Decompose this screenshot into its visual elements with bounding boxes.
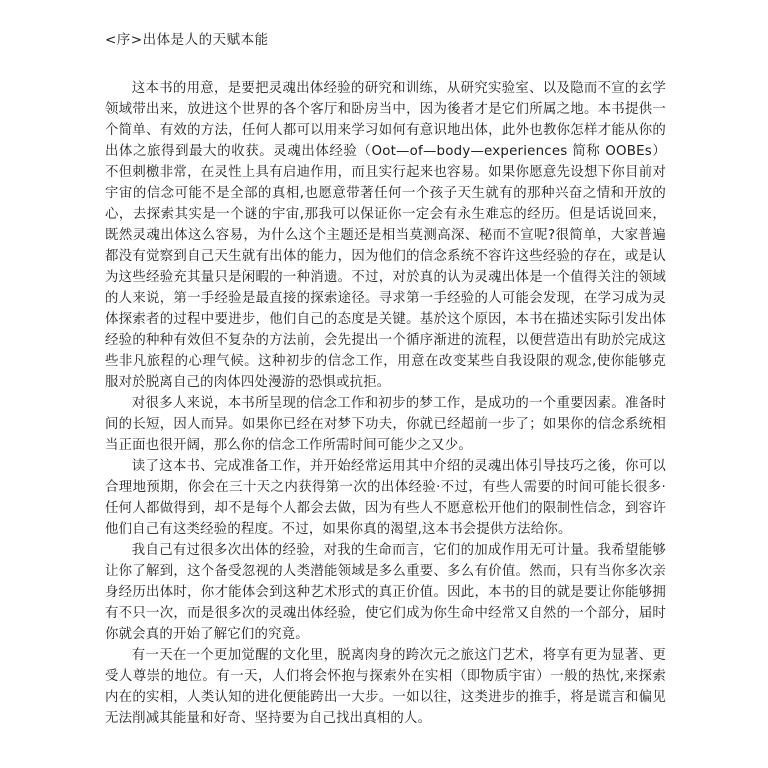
document-title: <序>出体是人的天赋本能 — [105, 30, 666, 51]
document-body: 这本书的用意，是要把灵魂出体经验的研究和训练，从研究实验室、以及隐而不宣的玄学领… — [105, 78, 666, 729]
paragraph: 对很多人来说，本书所呈现的信念工作和初步的梦工作，是成功的一个重要因素。准备时间… — [105, 393, 666, 456]
document-page: <序>出体是人的天赋本能 这本书的用意，是要把灵魂出体经验的研究和训练，从研究实… — [0, 0, 768, 768]
paragraph: 我自己有过很多次出体的经验，对我的生命而言，它们的加成作用无可计量。我希望能够让… — [105, 540, 666, 645]
paragraph: 读了这本书、完成准备工作，并开始经常运用其中介绍的灵魂出体引导技巧之後，你可以合… — [105, 456, 666, 540]
paragraph: 有一天在一个更加觉醒的文化里，脱离肉身的跨次元之旅这门艺术，将享有更为显著、更受… — [105, 645, 666, 729]
paragraph: 这本书的用意，是要把灵魂出体经验的研究和训练，从研究实验室、以及隐而不宣的玄学领… — [105, 78, 666, 393]
document-content: <序>出体是人的天赋本能 这本书的用意，是要把灵魂出体经验的研究和训练，从研究实… — [105, 30, 666, 729]
